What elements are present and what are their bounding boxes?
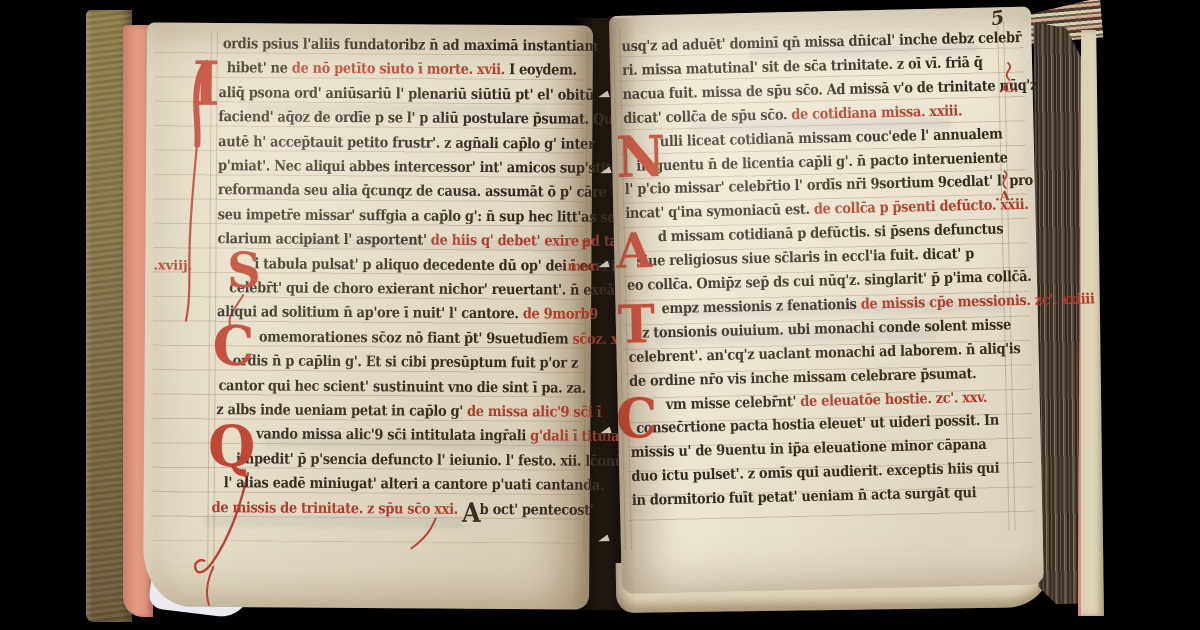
body-text: aliq̄ psona ord' aniūsariū l' plenariu… — [218, 85, 594, 104]
rubric-text: de missis de trinitate. z sp̄u sc̄o xxi. — [212, 499, 463, 518]
manuscript-text-line: ordis n̄ p cap̄lin g'. Et si cibi presū… — [233, 354, 578, 372]
manuscript-text-line: in dormitorio fuīt petat' ueniam n̄ act… — [632, 486, 977, 509]
rubric-text: de missa alic'9 sc̄i ī — [467, 404, 601, 422]
body-text: autē h' accep̄tauit petito frustr'. z a… — [218, 133, 594, 152]
manuscript-text-line: omemorationes sc̄oz nō fiant p̄t' 9suet… — [259, 330, 635, 348]
body-text: siue religiosus siue sc̄laris in eccl'ia… — [636, 246, 974, 270]
body-text: celebrent'. an'cq'z uaclant monachi ad l… — [628, 340, 1020, 366]
manuscript-text-line: in guentu n̄ de licentia cap̄li g'. n̄ p… — [636, 151, 1008, 175]
body-text: d missam cotidianā p defūctis. si p̄se… — [658, 221, 1004, 246]
manuscript-page-left: ordis psius l'aliis fundatoribz n̄ ad ma… — [143, 22, 593, 609]
rubric-text: de hiis q' debet' exire ad tab' p — [431, 233, 643, 251]
body-text: z tonsionis ouiuium. ubi monachi conde s… — [642, 317, 1011, 342]
illuminated-initial-T: T — [617, 298, 655, 351]
body-text: l' alias eadē miniugat' alteri a cantor… — [224, 475, 604, 494]
manuscript-text-line: vando missa alic'9 sc̄i intitulata ingr̄… — [256, 428, 656, 446]
body-text: impedit' p̄ p'sencia defuncto l' ieiunio… — [236, 451, 628, 471]
body-text: hibet' ne — [227, 60, 292, 77]
body-text: vm misse celebr̄nt' — [666, 393, 801, 413]
manuscript-text-line: ri. missa matutinal' sit de sc̄a trinita… — [622, 56, 983, 80]
right-outer-leaf-edge — [1078, 30, 1104, 616]
manuscript-text-line: usq'z ad aduēt' dominī qn̄ missa dn̄ic… — [621, 31, 1021, 56]
manuscript-text-line: ulli liceat cotidianā missam couc'ede l… — [660, 127, 1003, 150]
body-text: I eoydem. — [509, 62, 577, 79]
rubric-text: de nō petīto siuto ī morte. xvii. — [292, 61, 509, 79]
illuminated-initial-N: N — [615, 128, 666, 186]
manuscript-text-line: l' alias eadē miniugat' alteri a cantor… — [224, 476, 604, 494]
body-text: omemorationes sc̄oz nō fiant p̄t' 9suet… — [259, 329, 573, 348]
body-text: seu impetr̄e missar' suffgia a cap̄lo g'… — [218, 207, 616, 227]
body-text: consec̄rtione pacta hostia eleuet' ut ui… — [636, 413, 999, 438]
margin-note: p — [581, 235, 590, 250]
body-text: in guentu n̄ de licentia cap̄li g'. n̄ p… — [636, 150, 1008, 175]
manuscript-text-line: celebr̄t' qui de choro exierant nichor' … — [229, 281, 620, 299]
body-text: empz messionis z fenationis — [661, 296, 861, 317]
body-text: celebr̄t' qui de choro exierant nichor' … — [229, 280, 620, 300]
illuminated-initial-S: S — [227, 246, 261, 295]
manuscript-text-line: siue religiosus siue sc̄laris in eccl'ia… — [636, 247, 974, 270]
body-text: b oct' pentecost' — [480, 501, 594, 519]
margin-note: mor. — [567, 259, 600, 274]
body-text: p'miat'. Nec aliqui abbes intercessor' i… — [218, 158, 626, 178]
body-text: aliqui ad solitium n̄ ap'ore ī nuit' l'… — [217, 304, 523, 323]
manuscript-text-line: l' p'cio missar' celebr̄tio l' ordīs nr… — [625, 174, 1033, 199]
margin-note: .xviij. — [153, 259, 192, 274]
body-text: ri. missa matutinal' sit de sc̄a trinita… — [622, 54, 983, 79]
manuscript-text-line: hibet' ne de nō petīto siuto ī morte.… — [227, 61, 577, 79]
body-text: incat' q'ina symoniacū est. — [625, 202, 814, 223]
folio-number: 5 — [989, 6, 1006, 30]
body-text: cantor qui hec scient' sustinuint vno di… — [218, 377, 585, 396]
manuscript-text-line: de ordine nr̄o vis inche missam celebrar… — [629, 366, 977, 390]
manuscript-text-line: clarium accipiant l' asportent' de hiis … — [217, 232, 642, 251]
manuscript-text-line: nacua fuit. missa de sp̄u sc̄o. Ad missa… — [623, 78, 1038, 103]
body-text: eo collc̄a. Omip̄z sep̄ ds cui nūq'z. s… — [627, 269, 1032, 295]
body-text: in dormitorio fuīt petat' ueniam n̄ act… — [632, 485, 977, 510]
margin-note: .A. — [995, 189, 1014, 204]
body-text: usq'z ad aduēt' dominī qn̄ missa dn̄ic… — [621, 30, 1021, 56]
illuminated-initial-I: I — [192, 53, 220, 114]
manuscript-text-line: z tonsionis ouiuium. ubi monachi conde s… — [642, 318, 1011, 342]
rubric-text: de cotidiana missa. xxiii. — [791, 103, 962, 124]
body-text: missis u' de 9uentu in ip̄a eleuatione m… — [631, 437, 987, 462]
manuscript-text-line: consec̄rtione pacta hostia eleuet' ut ui… — [636, 414, 999, 438]
body-text: vando missa alic'9 sc̄i intitulata ingr̄… — [256, 426, 530, 445]
body-text: ordis n̄ p cap̄lin g'. Et si cibi presū… — [233, 353, 578, 372]
manuscript-text-line: seu impetr̄e missar' suffgia a cap̄lo g'… — [218, 208, 616, 226]
manuscript-text-line: ordis psius l'aliis fundatoribz n̄ ad ma… — [223, 37, 598, 55]
body-text: A — [462, 496, 480, 529]
margin-note: .G. — [998, 81, 1018, 96]
manuscript-text-line: eo collc̄a. Omip̄z sep̄ ds cui nūq'z. s… — [627, 270, 1032, 295]
illuminated-initial-Q: Q — [208, 418, 255, 475]
manuscript-text-line: duo ictu pulset'. z omīs qui audierit. … — [631, 462, 999, 486]
quire-tab — [597, 534, 610, 544]
body-text: duo ictu pulset'. z omīs qui audierit. … — [631, 460, 999, 485]
manuscript-text-line: faciend' aq̄oz de ordīe p se l' p aliū… — [218, 110, 617, 128]
manuscript-text-line: celebrent'. an'cq'z uaclant monachi ad l… — [628, 342, 1020, 367]
manuscript-text-line: aliq̄ psona ord' aniūsariū l' plenariu… — [218, 86, 594, 104]
body-text: l' p'cio missar' celebr̄tio l' ordīs nr… — [625, 173, 1033, 199]
manuscript-text-line: reformanda seu alia q̄cunqz de causa. as… — [218, 183, 607, 201]
body-text: faciend' aq̄oz de ordīe p se l' p aliū… — [218, 109, 617, 129]
quire-tab — [597, 90, 610, 100]
manuscript-text-line: missis u' de 9uentu in ip̄a eleuatione m… — [631, 438, 987, 462]
body-text: reformanda seu alia q̄cunqz de causa. as… — [218, 182, 607, 202]
margin-rule — [613, 30, 626, 550]
body-text: de ordine nr̄o vis inche missam celebrar… — [629, 365, 977, 390]
body-text: ulli liceat cotidianā missam couc'ede l… — [660, 126, 1003, 151]
manuscript-text-line: d missam cotidianā p defūctis. si p̄se… — [658, 222, 1004, 246]
manuscript-text-line: vm misse celebr̄nt' de eleuatōe hostie.… — [666, 390, 988, 413]
illuminated-initial-A: A — [616, 226, 653, 275]
manuscript-text-line: empz messionis z fenationis de missis cp… — [661, 292, 1094, 318]
manuscript-photo: ordis psius l'aliis fundatoribz n̄ ad ma… — [0, 0, 1200, 630]
manuscript-text-line: p'miat'. Nec aliqui abbes intercessor' i… — [218, 159, 626, 178]
body-text: ordis psius l'aliis fundatoribz n̄ ad ma… — [223, 36, 598, 55]
illuminated-initial-C: C — [615, 392, 658, 448]
manuscript-text-line: autē h' accep̄tauit petito frustr'. z a… — [218, 135, 594, 153]
illuminated-initial-C: C — [213, 320, 255, 375]
manuscript-page-right: 5 usq'z ad aduēt' dominī qn̄ missa dn̄… — [609, 7, 1044, 594]
manuscript-text-line: impedit' p̄ p'sencia defuncto l' ieiunio… — [236, 452, 628, 470]
rubric-text: de 9morb9 — [523, 306, 598, 323]
rubric-text: de eleuatōe hostie. zc'. xxv. — [800, 389, 987, 410]
manuscript-text-line: z albs inde ueniam petat in cap̄lo g' de… — [216, 403, 601, 421]
manuscript-text-line: de missis de trinitate. z sp̄u sc̄o xxi.… — [212, 501, 594, 519]
manuscript-text-line: cantor qui hec scient' sustinuint vno di… — [218, 379, 585, 397]
manuscript-text-line: dicat' collc̄a de sp̄u sc̄o. de cotidian… — [623, 104, 962, 127]
manuscript-text-line: aliqui ad solitium n̄ ap'ore ī nuit' l'… — [217, 305, 598, 323]
manuscript-text-line: incat' q'ina symoniacū est. de collc̄a … — [625, 198, 1028, 223]
body-text: nacua fuit. missa de sp̄u sc̄o. Ad missa… — [622, 77, 1037, 103]
